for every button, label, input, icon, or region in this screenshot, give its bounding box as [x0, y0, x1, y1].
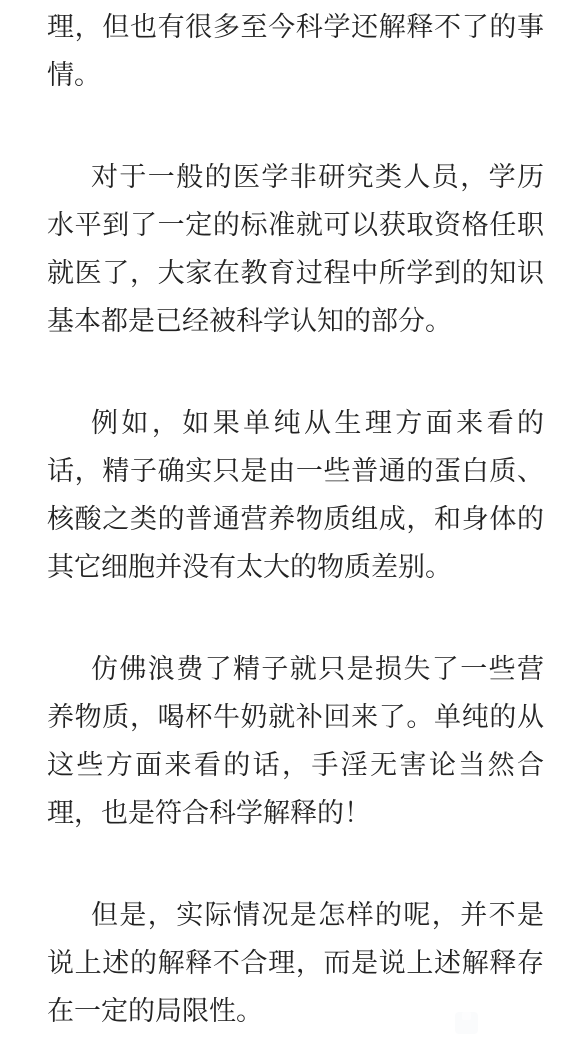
paragraph: 仿佛浪费了精子就只是损失了一些营养物质，喝杯牛奶就补回来了。单纯的从这些方面来看… — [47, 645, 544, 837]
article-body: 理，但也有很多至今科学还解释不了的事情。对于一般的医学非研究类人员，学历水平到了… — [0, 0, 580, 1035]
paragraph: 对于一般的医学非研究类人员，学历水平到了一定的标准就可以获取资格任职就医了，大家… — [47, 153, 544, 345]
paragraph: 例如，如果单纯从生理方面来看的话，精子确实只是由一些普通的蛋白质、核酸之类的普通… — [47, 399, 544, 591]
article-page: 理，但也有很多至今科学还解释不了的事情。对于一般的医学非研究类人员，学历水平到了… — [0, 0, 580, 1038]
paragraph: 理，但也有很多至今科学还解释不了的事情。 — [47, 3, 544, 99]
watermark — [455, 1012, 478, 1034]
